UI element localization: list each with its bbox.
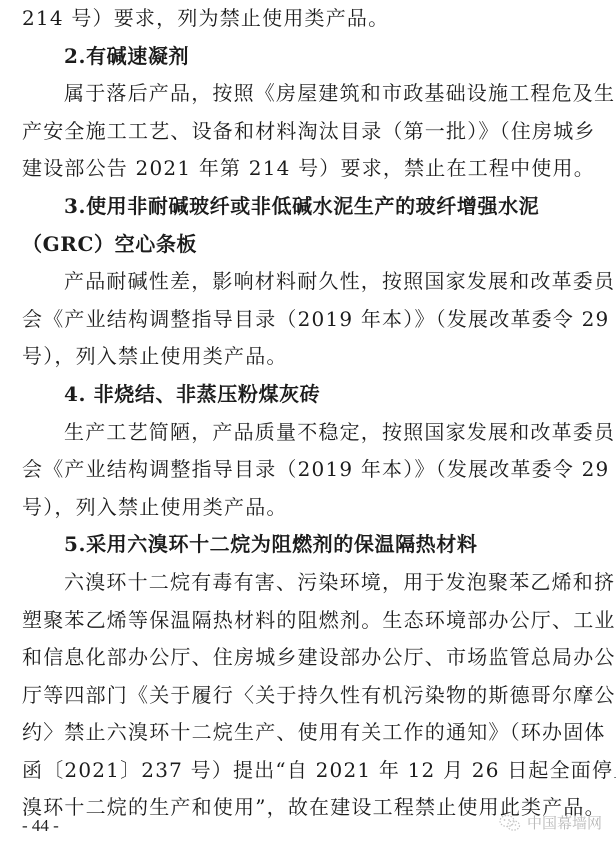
page-footer: - 44 - 中国幕墙网: [22, 810, 602, 840]
text-line: 厅等四部门《关于履行〈关于持久性有机污染物的斯德哥尔摩公: [22, 677, 598, 715]
page-number: - 44 -: [22, 816, 59, 836]
wechat-icon: [499, 814, 521, 832]
text-line: 产安全施工工艺、设备和材料淘汰目录（第一批）》（住房城乡: [22, 113, 598, 151]
text-line: 塑聚苯乙烯等保温隔热材料的阻燃剂。生态环境部办公厅、工业: [22, 602, 598, 640]
text-line: 号），列入禁止使用类产品。: [22, 338, 598, 376]
text-line: 函〔2021〕237 号）提出“自 2021 年 12 月 26 日起全面停止六: [22, 752, 598, 790]
text-line: 和信息化部办公厅、住房城乡建设部办公厅、市场监管总局办公: [22, 639, 598, 677]
text-line: 属于落后产品，按照《房屋建筑和市政基础设施工程危及生: [22, 75, 598, 113]
section-heading-continued: （GRC）空心条板: [22, 226, 598, 264]
document-page: 214 号）要求，列为禁止使用类产品。 2.有碱速凝剂 属于落后产品，按照《房屋…: [22, 0, 598, 827]
text-line: 会《产业结构调整指导目录（2019 年本）》（发展改革委令 29: [22, 451, 598, 489]
text-line: 产品耐碱性差，影响材料耐久性，按照国家发展和改革委员: [22, 263, 598, 301]
text-line: 生产工艺简陋，产品质量不稳定，按照国家发展和改革委员: [22, 414, 598, 452]
section-heading: 3.使用非耐碱玻纤或非低碱水泥生产的玻纤增强水泥: [22, 188, 598, 226]
text-line: 约〉禁止六溴环十二烷生产、使用有关工作的通知》（环办固体: [22, 714, 598, 752]
text-line: 214 号）要求，列为禁止使用类产品。: [22, 0, 598, 38]
text-line: 会《产业结构调整指导目录（2019 年本）》（发展改革委令 29: [22, 301, 598, 339]
text-line: 建设部公告 2021 年第 214 号）要求，禁止在工程中使用。: [22, 150, 598, 188]
watermark: 中国幕墙网: [499, 812, 602, 833]
section-heading: 2.有碱速凝剂: [22, 38, 598, 76]
section-heading: 4. 非烧结、非蒸压粉煤灰砖: [22, 376, 598, 414]
text-line: 六溴环十二烷有毒有害、污染环境，用于发泡聚苯乙烯和挤: [22, 564, 598, 602]
watermark-text: 中国幕墙网: [527, 812, 602, 833]
text-line: 号），列入禁止使用类产品。: [22, 489, 598, 527]
section-heading: 5.采用六溴环十二烷为阻燃剂的保温隔热材料: [22, 526, 598, 564]
